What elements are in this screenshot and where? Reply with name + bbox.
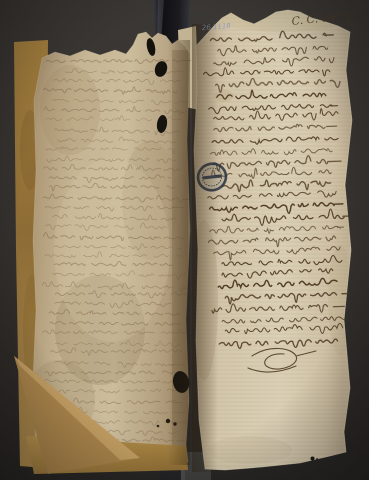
photo-vignette	[0, 0, 369, 480]
manuscript-photo: 26 1118 C. C. ch	[0, 0, 369, 480]
manuscript-scan: 26 1118 C. C. ch	[0, 0, 369, 480]
